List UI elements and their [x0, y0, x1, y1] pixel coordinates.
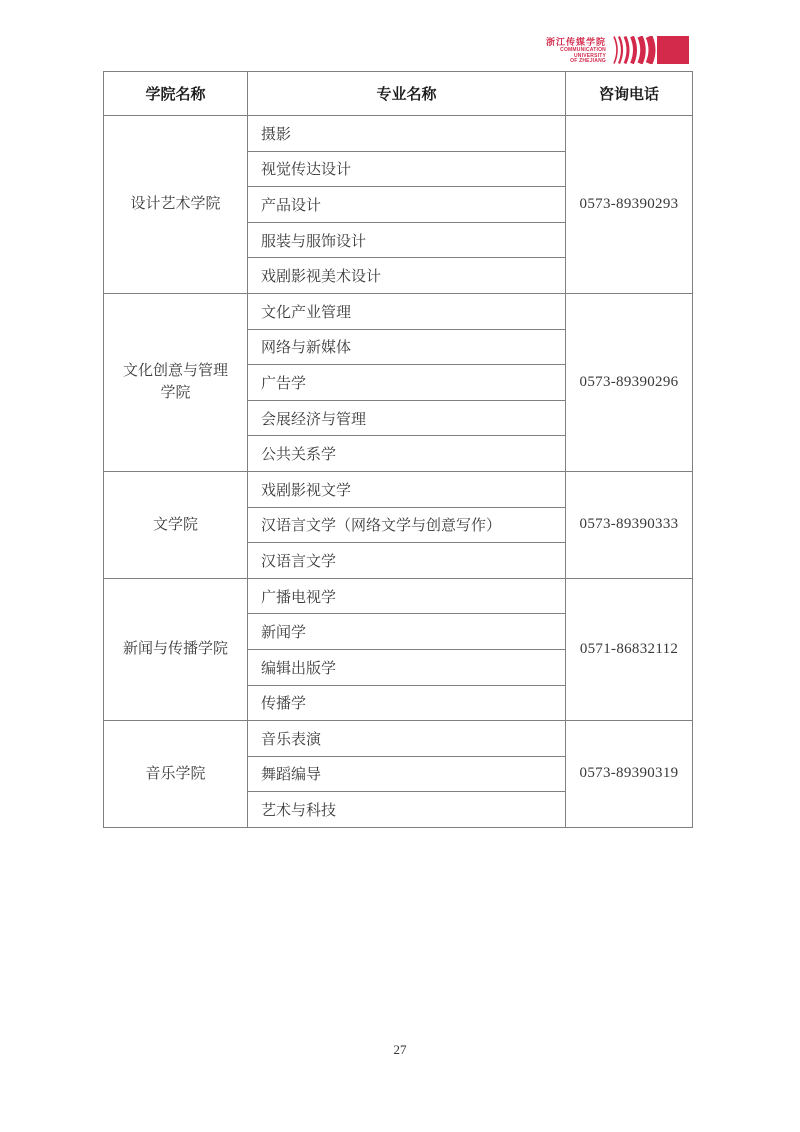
table-header-row: 学院名称 专业名称 咨询电话: [104, 72, 693, 116]
major-name-cell: 传播学: [248, 685, 566, 721]
major-name-cell: 艺术与科技: [248, 792, 566, 828]
major-name-cell: 摄影: [248, 116, 566, 152]
major-name-cell: 公共关系学: [248, 436, 566, 472]
college-major-table: 学院名称 专业名称 咨询电话 设计艺术学院摄影0573-89390293视觉传达…: [103, 71, 693, 828]
table-row: 设计艺术学院摄影0573-89390293: [104, 116, 693, 152]
major-name-cell: 网络与新媒体: [248, 329, 566, 365]
college-name-cell: 设计艺术学院: [104, 116, 248, 294]
major-name-cell: 视觉传达设计: [248, 151, 566, 187]
major-name-cell: 服装与服饰设计: [248, 222, 566, 258]
major-name-cell: 新闻学: [248, 614, 566, 650]
table-row: 文学院戏剧影视文学0573-89390333: [104, 471, 693, 507]
university-logo-text: 浙江传媒学院 COMMUNICATION UNIVERSITY OF ZHEJI…: [546, 36, 606, 65]
table-row: 文化创意与管理学院文化产业管理0573-89390296: [104, 293, 693, 329]
phone-cell: 0573-89390319: [566, 721, 693, 828]
major-name-cell: 文化产业管理: [248, 293, 566, 329]
header-phone: 咨询电话: [566, 72, 693, 116]
college-name-cell: 音乐学院: [104, 721, 248, 828]
college-name-cell: 新闻与传播学院: [104, 578, 248, 720]
major-name-cell: 戏剧影视文学: [248, 471, 566, 507]
phone-cell: 0573-89390333: [566, 471, 693, 578]
major-name-cell: 产品设计: [248, 187, 566, 223]
major-name-cell: 舞蹈编导: [248, 756, 566, 792]
phone-cell: 0573-89390293: [566, 116, 693, 294]
phone-cell: 0573-89390296: [566, 293, 693, 471]
university-name-en: COMMUNICATION UNIVERSITY OF ZHEJIANG: [546, 48, 606, 65]
major-name-cell: 音乐表演: [248, 721, 566, 757]
major-name-cell: 编辑出版学: [248, 649, 566, 685]
major-name-cell: 广播电视学: [248, 578, 566, 614]
table-body: 设计艺术学院摄影0573-89390293视觉传达设计产品设计服装与服饰设计戏剧…: [104, 116, 693, 828]
header-college-name: 学院名称: [104, 72, 248, 116]
university-logo: 浙江传媒学院 COMMUNICATION UNIVERSITY OF ZHEJI…: [546, 36, 689, 65]
document-page: 浙江传媒学院 COMMUNICATION UNIVERSITY OF ZHEJI…: [0, 0, 800, 1132]
major-name-cell: 汉语言文学（网络文学与创意写作）: [248, 507, 566, 543]
header-major-name: 专业名称: [248, 72, 566, 116]
table-row: 音乐学院音乐表演0573-89390319: [104, 721, 693, 757]
major-name-cell: 广告学: [248, 365, 566, 401]
table-row: 新闻与传播学院广播电视学0571-86832112: [104, 578, 693, 614]
college-name-cell: 文化创意与管理学院: [104, 293, 248, 471]
page-number: 27: [0, 1042, 800, 1058]
major-name-cell: 戏剧影视美术设计: [248, 258, 566, 294]
major-name-cell: 汉语言文学: [248, 543, 566, 579]
major-name-cell: 会展经济与管理: [248, 400, 566, 436]
university-logo-mark-icon: [611, 36, 689, 64]
phone-cell: 0571-86832112: [566, 578, 693, 720]
college-name-cell: 文学院: [104, 471, 248, 578]
